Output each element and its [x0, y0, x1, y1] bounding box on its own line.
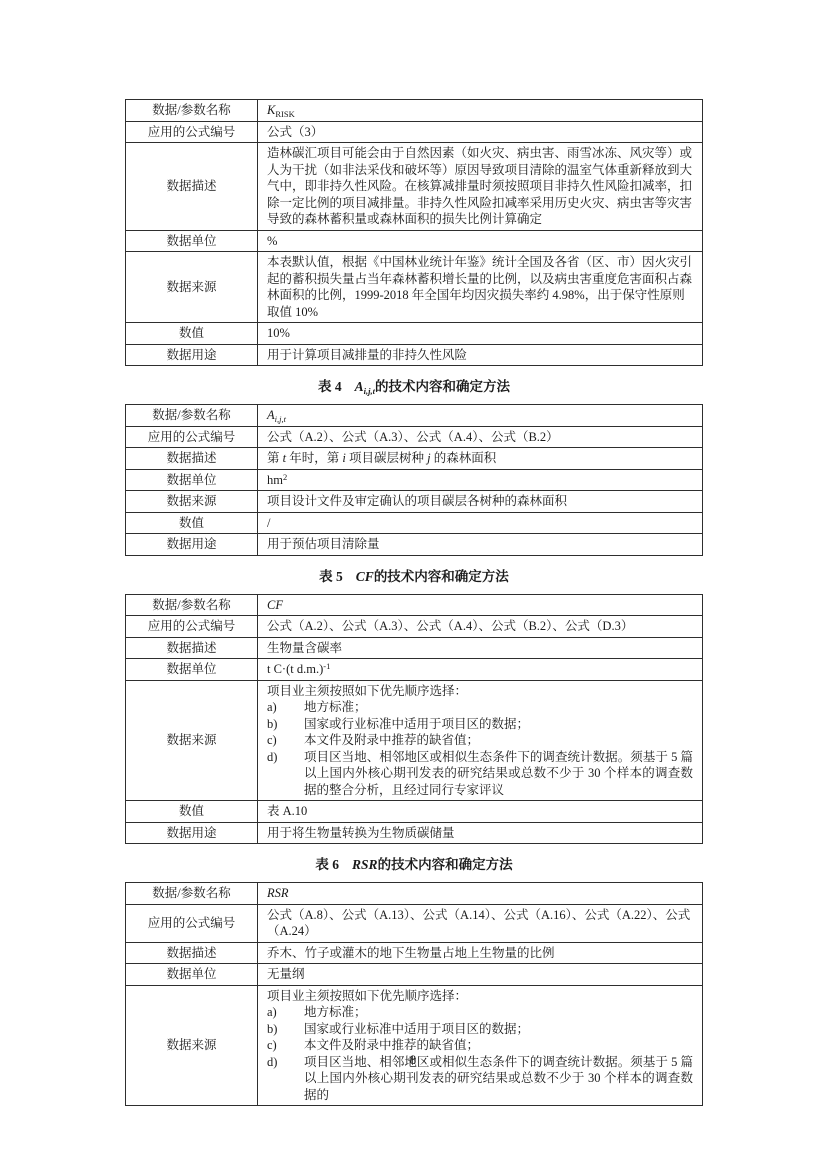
list-item: a)地方标准；: [267, 1004, 693, 1021]
table-row: 数据描述 生物量含碳率: [126, 637, 703, 659]
row-label: 数值: [126, 801, 258, 823]
table-row: 数据用途 用于将生物量转换为生物质碳储量: [126, 822, 703, 844]
table-row: 数值 /: [126, 512, 703, 534]
data-description-value: 生物量含碳率: [258, 637, 703, 659]
param-name-value: Ai,j,t: [258, 405, 703, 427]
table-row: 数据来源 项目设计文件及审定确认的项目碳层各树种的森林面积: [126, 491, 703, 513]
table-row: 数值 10%: [126, 323, 703, 345]
table-row: 数据来源 项目业主须按照如下优先顺序选择： a)地方标准； b)国家或行业标准中…: [126, 985, 703, 1106]
table6-caption: 表 6RSR的技术内容和确定方法: [125, 856, 703, 873]
caption-number: 表 6: [315, 857, 339, 872]
data-description-value: 乔木、竹子或灌木的地下生物量占地上生物量的比例: [258, 942, 703, 964]
table-row: 应用的公式编号 公式（A.2）、公式（A.3）、公式（A.4）、公式（B.2）: [126, 426, 703, 448]
row-label: 数据描述: [126, 143, 258, 231]
data-unit-value: hm2: [258, 469, 703, 491]
table-row: 数据/参数名称 KRISK: [126, 100, 703, 122]
param-name-value: RSR: [258, 883, 703, 905]
table-row: 应用的公式编号 公式（3）: [126, 121, 703, 143]
data-purpose-value: 用于预估项目清除量: [258, 534, 703, 556]
row-label: 数值: [126, 512, 258, 534]
table-row: 数据描述 第 t 年时，第 i 项目碳层树种 j 的森林面积: [126, 448, 703, 470]
data-source-value: 本表默认值，根据《中国林业统计年鉴》统计全国及各省（区、市）因火灾引起的蓄积损失…: [258, 252, 703, 323]
formula-number-value: 公式（A.8）、公式（A.13）、公式（A.14）、公式（A.16）、公式（A.…: [258, 904, 703, 942]
data-unit-value: 无量纲: [258, 964, 703, 986]
row-label: 数据单位: [126, 964, 258, 986]
row-label: 数值: [126, 323, 258, 345]
table-row: 数据/参数名称 RSR: [126, 883, 703, 905]
list-item: b)国家或行业标准中适用于项目区的数据；: [267, 1021, 693, 1038]
row-label: 数据用途: [126, 534, 258, 556]
document-page: 数据/参数名称 KRISK 应用的公式编号 公式（3） 数据描述 造林碳汇项目可…: [0, 0, 826, 1169]
param-name-value: CF: [258, 594, 703, 616]
list-marker: a): [267, 1004, 304, 1021]
list-marker: a): [267, 699, 304, 716]
caption-number: 表 5: [319, 569, 343, 584]
data-description-value: 造林碳汇项目可能会由于自然因素（如火灾、病虫害、雨雪冰冻、风灾等）或人为干扰（如…: [258, 143, 703, 231]
data-source-value: 项目业主须按照如下优先顺序选择： a)地方标准； b)国家或行业标准中适用于项目…: [258, 985, 703, 1106]
row-label: 数据来源: [126, 680, 258, 801]
row-label: 数据/参数名称: [126, 883, 258, 905]
param-name-value: KRISK: [258, 100, 703, 122]
table-row: 应用的公式编号 公式（A.8）、公式（A.13）、公式（A.14）、公式（A.1…: [126, 904, 703, 942]
param-table-aijt: 数据/参数名称 Ai,j,t 应用的公式编号 公式（A.2）、公式（A.3）、公…: [125, 404, 703, 556]
row-label: 数据/参数名称: [126, 405, 258, 427]
caption-param: RSR: [352, 857, 378, 872]
data-source-value: 项目设计文件及审定确认的项目碳层各树种的森林面积: [258, 491, 703, 513]
table-row: 数据来源 项目业主须按照如下优先顺序选择： a)地方标准； b)国家或行业标准中…: [126, 680, 703, 801]
data-unit-value: %: [258, 230, 703, 252]
caption-param: A: [355, 379, 364, 394]
param-table-rsr: 数据/参数名称 RSR 应用的公式编号 公式（A.8）、公式（A.13）、公式（…: [125, 882, 703, 1106]
param-table-krisk: 数据/参数名称 KRISK 应用的公式编号 公式（3） 数据描述 造林碳汇项目可…: [125, 99, 703, 366]
data-value: 10%: [258, 323, 703, 345]
table-row: 数据单位 无量纲: [126, 964, 703, 986]
table-row: 数据来源 本表默认值，根据《中国林业统计年鉴》统计全国及各省（区、市）因火灾引起…: [126, 252, 703, 323]
data-purpose-value: 用于将生物量转换为生物质碳储量: [258, 822, 703, 844]
list-item: b)国家或行业标准中适用于项目区的数据；: [267, 716, 693, 733]
data-unit-value: t C·(t d.m.)-1: [258, 659, 703, 681]
source-priority-intro: 项目业主须按照如下优先顺序选择：: [267, 988, 693, 1005]
param-table-cf: 数据/参数名称 CF 应用的公式编号 公式（A.2）、公式（A.3）、公式（A.…: [125, 594, 703, 845]
table-row: 应用的公式编号 公式（A.2）、公式（A.3）、公式（A.4）、公式（B.2）、…: [126, 616, 703, 638]
row-label: 数据来源: [126, 252, 258, 323]
page-number: 8: [0, 1052, 826, 1069]
caption-text: 的技术内容和确定方法: [374, 569, 509, 584]
caption-number: 表 4: [318, 379, 342, 394]
row-label: 数据/参数名称: [126, 594, 258, 616]
data-purpose-value: 用于计算项目减排量的非持久性风险: [258, 344, 703, 366]
list-marker: b): [267, 1021, 304, 1038]
formula-number-value: 公式（3）: [258, 121, 703, 143]
row-label: 数据描述: [126, 942, 258, 964]
table-row: 数据/参数名称 CF: [126, 594, 703, 616]
table-row: 数据用途 用于计算项目减排量的非持久性风险: [126, 344, 703, 366]
row-label: 数据单位: [126, 230, 258, 252]
table-row: 数据单位 hm2: [126, 469, 703, 491]
row-label: 数据用途: [126, 344, 258, 366]
formula-number-value: 公式（A.2）、公式（A.3）、公式（A.4）、公式（B.2）: [258, 426, 703, 448]
row-label: 数据描述: [126, 448, 258, 470]
row-label: 数据用途: [126, 822, 258, 844]
table-row: 数据单位 t C·(t d.m.)-1: [126, 659, 703, 681]
caption-param: CF: [356, 569, 374, 584]
table-row: 数据单位 %: [126, 230, 703, 252]
data-value: /: [258, 512, 703, 534]
list-item: a)地方标准；: [267, 699, 693, 716]
table-row: 数据/参数名称 Ai,j,t: [126, 405, 703, 427]
row-label: 数据单位: [126, 469, 258, 491]
table4-caption: 表 4Ai,j,t的技术内容和确定方法: [125, 378, 703, 395]
source-priority-intro: 项目业主须按照如下优先顺序选择：: [267, 683, 693, 700]
formula-number-value: 公式（A.2）、公式（A.3）、公式（A.4）、公式（B.2）、公式（D.3）: [258, 616, 703, 638]
list-marker: c): [267, 732, 304, 749]
list-item: d)项目区当地、相邻地区或相似生态条件下的调查统计数据。须基于 5 篇以上国内外…: [267, 749, 693, 799]
row-label: 应用的公式编号: [126, 616, 258, 638]
row-label: 数据来源: [126, 491, 258, 513]
row-label: 数据单位: [126, 659, 258, 681]
page-content: 数据/参数名称 KRISK 应用的公式编号 公式（3） 数据描述 造林碳汇项目可…: [125, 99, 703, 1106]
list-marker: d): [267, 749, 304, 799]
row-label: 应用的公式编号: [126, 426, 258, 448]
caption-param-sub: i,j,t: [364, 386, 375, 396]
table5-caption: 表 5CF的技术内容和确定方法: [125, 568, 703, 585]
table-row: 数据用途 用于预估项目清除量: [126, 534, 703, 556]
table-row: 数据描述 乔木、竹子或灌木的地下生物量占地上生物量的比例: [126, 942, 703, 964]
row-label: 应用的公式编号: [126, 904, 258, 942]
caption-text: 的技术内容和确定方法: [375, 379, 510, 394]
data-value: 表 A.10: [258, 801, 703, 823]
caption-text: 的技术内容和确定方法: [378, 857, 513, 872]
data-source-value: 项目业主须按照如下优先顺序选择： a)地方标准； b)国家或行业标准中适用于项目…: [258, 680, 703, 801]
table-row: 数据描述 造林碳汇项目可能会由于自然因素（如火灾、病虫害、雨雪冰冻、风灾等）或人…: [126, 143, 703, 231]
row-label: 数据来源: [126, 985, 258, 1106]
table-row: 数值 表 A.10: [126, 801, 703, 823]
row-label: 应用的公式编号: [126, 121, 258, 143]
data-description-value: 第 t 年时，第 i 项目碳层树种 j 的森林面积: [258, 448, 703, 470]
row-label: 数据描述: [126, 637, 258, 659]
list-marker: b): [267, 716, 304, 733]
row-label: 数据/参数名称: [126, 100, 258, 122]
list-item: c)本文件及附录中推荐的缺省值；: [267, 732, 693, 749]
